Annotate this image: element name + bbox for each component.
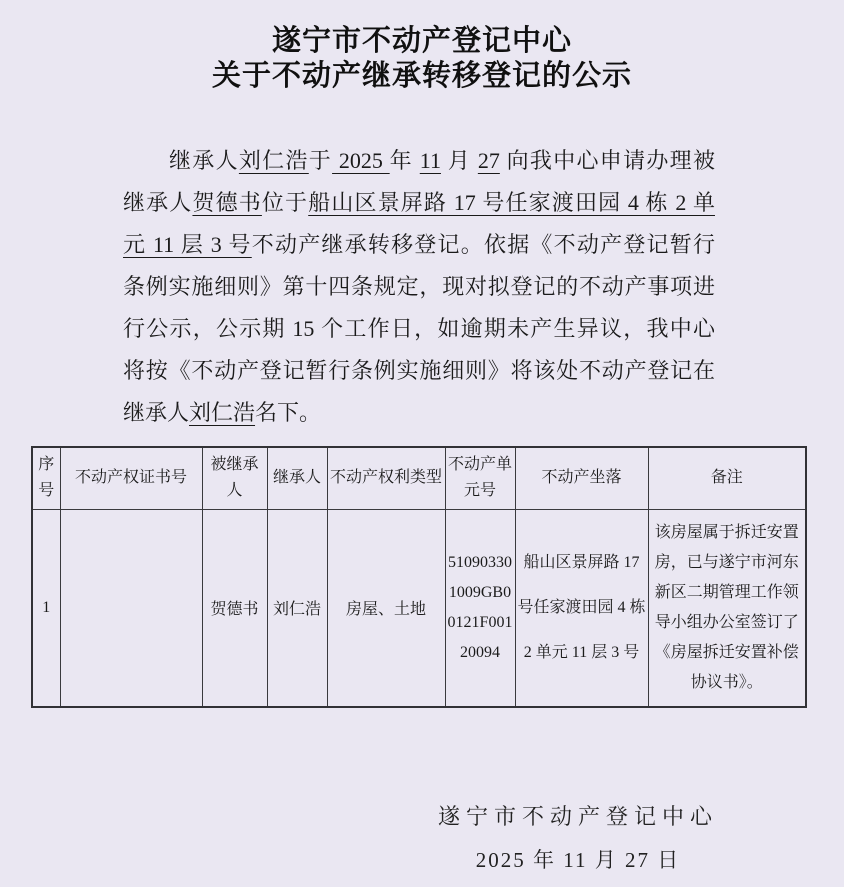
text-segment: 行公示，公示期 15 个工作日，如逾期未产生异议，我中心 [123, 316, 715, 341]
issue-date: 2025 年 11 月 27 日 [438, 844, 718, 874]
table-cell-right-type: 房屋、土地 [327, 509, 445, 707]
text-segment: 继承人 [169, 148, 239, 173]
text-segment: 向我中心申请办理被 [500, 148, 715, 173]
notice-paragraph: 继承人刘仁浩于 2025 年 11 月 27 向我中心申请办理被继承人贺德书位于… [123, 140, 715, 434]
paragraph-line: 元 11 层 3 号不动产继承转移登记。依据《不动产登记暂行 [123, 224, 715, 266]
title-line-1: 遂宁市不动产登记中心 [0, 24, 844, 59]
paragraph-line: 将按《不动产登记暂行条例实施细则》将该处不动产登记在 [123, 350, 715, 392]
text-segment: 位于 [262, 190, 308, 215]
paragraph-line: 继承人贺德书位于船山区景屏路 17 号任家渡田园 4 栋 2 单 [123, 182, 715, 224]
text-segment: 继承人 [123, 190, 192, 215]
document-page: 遂宁市不动产登记中心 关于不动产继承转移登记的公示 继承人刘仁浩于 2025 年… [0, 0, 844, 887]
title-line-2: 关于不动产继承转移登记的公示 [0, 59, 844, 94]
document-title: 遂宁市不动产登记中心 关于不动产继承转移登记的公示 [0, 0, 844, 94]
text-segment: 将按《不动产登记暂行条例实施细则》将该处不动产登记在 [123, 358, 715, 383]
table-header-cell: 不动产单元号 [445, 447, 515, 509]
table-header-cell: 不动产权证书号 [60, 447, 202, 509]
text-segment: 不动产继承转移登记。依据《不动产登记暂行 [252, 232, 715, 257]
table-header-cell: 被继承人 [202, 447, 267, 509]
table-cell-decedent: 贺德书 [202, 509, 267, 707]
registration-table: 序号不动产权证书号被继承人继承人不动产权利类型不动产单元号不动产坐落备注 1贺德… [31, 446, 807, 708]
table-cell-unit-no: 510903301009GB00121F00120094 [445, 509, 515, 707]
table-cell-index: 1 [32, 509, 60, 707]
table-header-cell: 继承人 [267, 447, 327, 509]
underlined-text: 刘仁浩 [239, 148, 309, 173]
text-segment: 继承人 [123, 400, 189, 425]
signature-block: 遂宁市不动产登记中心 2025 年 11 月 27 日 [438, 800, 718, 874]
text-segment: 条例实施细则》第十四条规定，现对拟登记的不动产事项进 [123, 274, 715, 299]
underlined-text: 贺德书 [192, 190, 261, 215]
table-header-row: 序号不动产权证书号被继承人继承人不动产权利类型不动产单元号不动产坐落备注 [32, 447, 806, 509]
table-header-cell: 不动产权利类型 [327, 447, 445, 509]
issuer-name: 遂宁市不动产登记中心 [438, 800, 718, 831]
table-cell-cert-no [60, 509, 202, 707]
underlined-text: 船山区景屏路 17 号任家渡田园 4 栋 2 单 [308, 190, 715, 215]
table-cell-heir: 刘仁浩 [267, 509, 327, 707]
paragraph-line: 继承人刘仁浩于 2025 年 11 月 27 向我中心申请办理被 [123, 140, 715, 182]
text-segment: 于 [309, 148, 332, 173]
underlined-text: 27 [478, 148, 500, 173]
text-segment: 名下。 [255, 400, 321, 425]
text-segment: 年 [390, 148, 420, 173]
underlined-text: 刘仁浩 [189, 400, 255, 425]
underlined-text: 2025 [332, 148, 390, 173]
underlined-text: 元 11 层 3 号 [123, 232, 252, 257]
table-cell-remark: 该房屋属于拆迁安置房，已与遂宁市河东新区二期管理工作领导小组办公室签订了《房屋拆… [648, 509, 806, 707]
paragraph-line: 条例实施细则》第十四条规定，现对拟登记的不动产事项进 [123, 266, 715, 308]
underlined-text: 11 [420, 148, 441, 173]
table-cell-location: 船山区景屏路 17 号任家渡田园 4 栋 2 单元 11 层 3 号 [515, 509, 648, 707]
text-segment: 月 [441, 148, 478, 173]
table-header-cell: 不动产坐落 [515, 447, 648, 509]
paragraph-line: 行公示，公示期 15 个工作日，如逾期未产生异议，我中心 [123, 308, 715, 350]
table-row: 1贺德书刘仁浩房屋、土地510903301009GB00121F00120094… [32, 509, 806, 707]
table-header-cell: 序号 [32, 447, 60, 509]
table-header-cell: 备注 [648, 447, 806, 509]
paragraph-line: 继承人刘仁浩名下。 [123, 392, 715, 434]
